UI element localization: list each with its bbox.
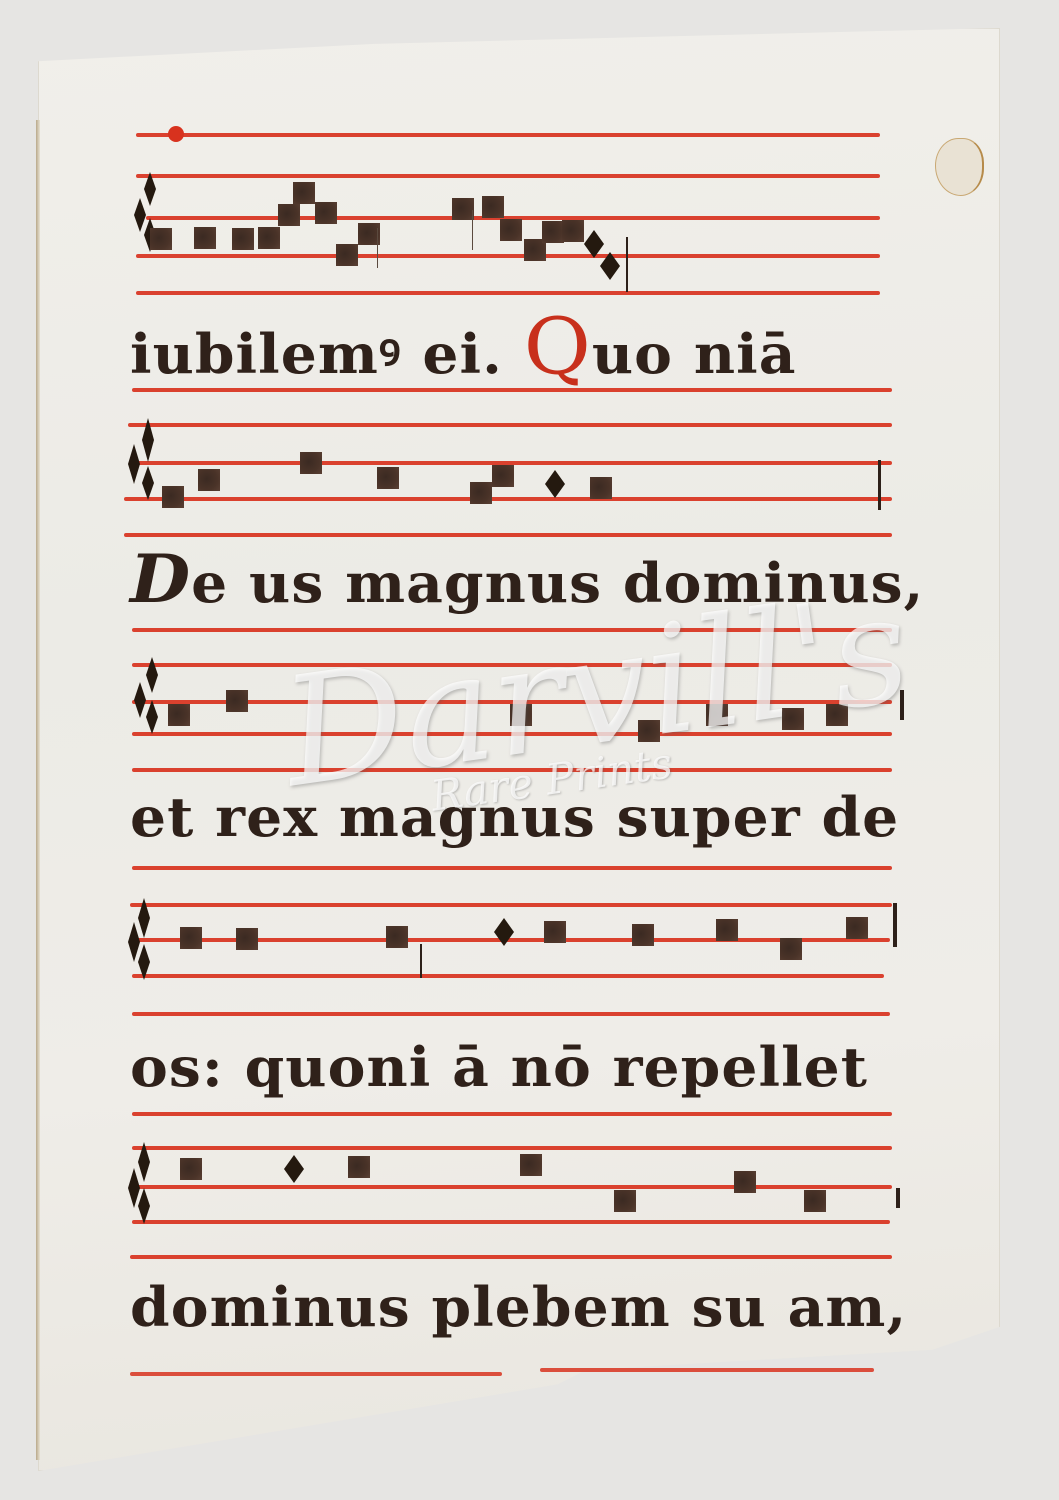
red-initial-q: Q	[524, 302, 592, 392]
lyric-line-4: os: quoni ā nō repellet	[130, 1035, 868, 1099]
lyric-line-5: dominus plebem su am,	[130, 1275, 907, 1339]
lyric-text: uo niā	[592, 322, 797, 386]
lyric-text: os: quoni ā nō repellet	[130, 1035, 868, 1099]
lyric-text: iubilemꝰ ei.	[130, 322, 524, 386]
lyric-line-1: iubilemꝰ ei. Quo niā	[130, 302, 796, 392]
vellum-repair-patch	[935, 138, 984, 196]
initial-d: D	[130, 540, 191, 618]
lyric-text: dominus plebem su am,	[130, 1275, 907, 1339]
red-dot-ornament	[168, 126, 184, 142]
leaf-left-edge	[36, 120, 40, 1460]
